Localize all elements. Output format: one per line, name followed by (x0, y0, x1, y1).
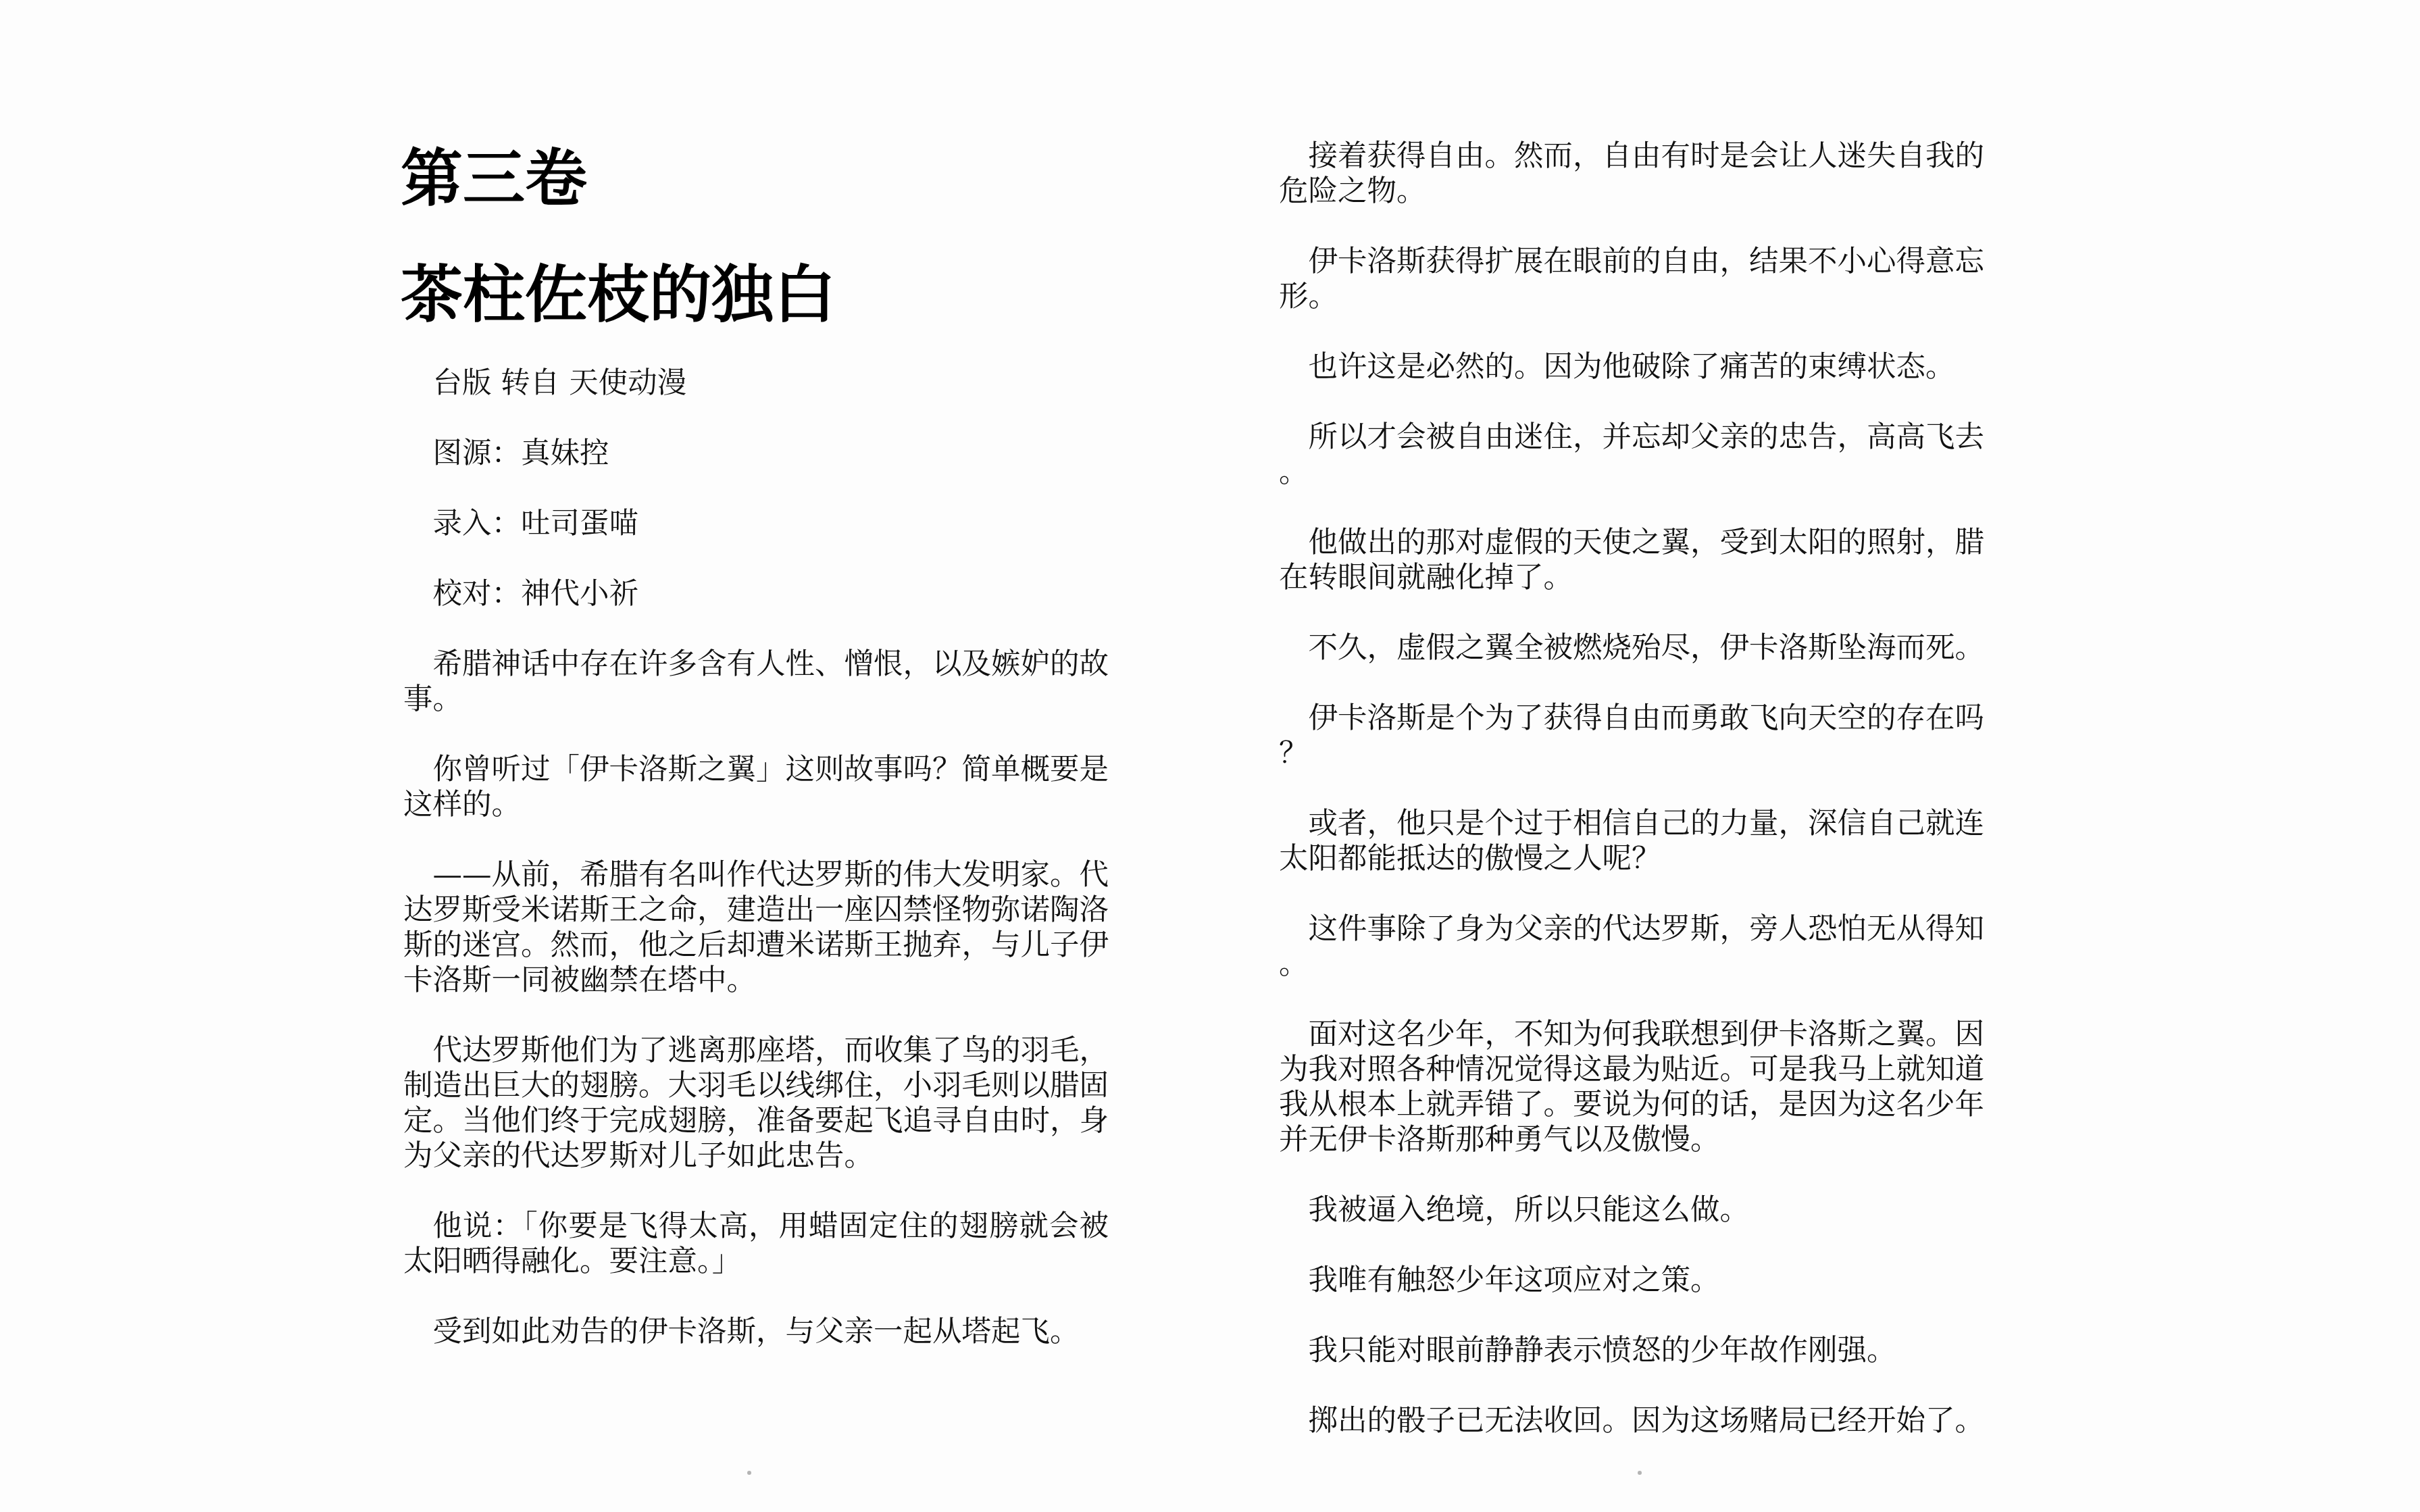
volume-title: 第三卷 (401, 145, 587, 212)
paragraph: 或者，他只是个过于相信自己的力量，深信自己就连太阳都能抵达的傲慢之人呢？ (1279, 806, 1984, 876)
right-page-body: 接着获得自由。然而，自由有时是会让人迷失自我的危险之物。 伊卡洛斯获得扩展在眼前… (1279, 138, 1984, 1473)
paragraph: 我只能对眼前静静表示愤怒的少年故作刚强。 (1279, 1333, 1984, 1368)
paragraph: 接着获得自由。然而，自由有时是会让人迷失自我的危险之物。 (1279, 138, 1984, 209)
right-page: 接着获得自由。然而，自由有时是会让人迷失自我的危险之物。 伊卡洛斯获得扩展在眼前… (1279, 0, 1984, 1512)
paragraph: 他做出的那对虚假的天使之翼，受到太阳的照射，腊在转眼间就融化掉了。 (1279, 525, 1984, 595)
paragraph: 代达罗斯他们为了逃离那座塔，而收集了鸟的羽毛，制造出巨大的翅膀。大羽毛以线绑住，… (403, 1033, 1109, 1174)
paragraph: 也许这是必然的。因为他破除了痛苦的束缚状态。 (1279, 349, 1984, 384)
paragraph: 掷出的骰子已无法收回。因为这场赌局已经开始了。 (1279, 1403, 1984, 1438)
paragraph: 面对这名少年，不知为何我联想到伊卡洛斯之翼。因为我对照各种情况觉得这最为贴近。可… (1279, 1017, 1984, 1157)
paragraph: 不久，虚假之翼全被燃烧殆尽，伊卡洛斯坠海而死。 (1279, 630, 1984, 665)
paragraph: 受到如此劝告的伊卡洛斯，与父亲一起从塔起飞。 (403, 1314, 1109, 1349)
paragraph: 你曾听过「伊卡洛斯之翼」这则故事吗？简单概要是这样的。 (403, 752, 1109, 822)
paragraph: 伊卡洛斯是个为了获得自由而勇敢飞向天空的存在吗？ (1279, 701, 1984, 771)
paragraph: ——从前，希腊有名叫作代达罗斯的伟大发明家。代达罗斯受米诺斯王之命，建造出一座囚… (403, 857, 1109, 998)
page-indicator-dot-left (747, 1471, 751, 1475)
chapter-title: 茶柱佐枝的独白 (401, 261, 836, 328)
credit-typist: 录入：吐司蛋喵 (403, 506, 1109, 541)
paragraph: 这件事除了身为父亲的代达罗斯，旁人恐怕无从得知。 (1279, 911, 1984, 982)
paragraph: 希腊神话中存在许多含有人性、憎恨，以及嫉妒的故事。 (403, 647, 1109, 717)
paragraph: 他说：「你要是飞得太高，用蜡固定住的翅膀就会被太阳晒得融化。要注意。」 (403, 1209, 1109, 1279)
credit-proofreader: 校对：神代小祈 (403, 576, 1109, 611)
left-page-body: 台版 转自 天使动漫 图源：真妹控 录入：吐司蛋喵 校对：神代小祈 希腊神话中存… (403, 366, 1109, 1384)
paragraph: 我唯有触怒少年这项应对之策。 (1279, 1263, 1984, 1298)
paragraph: 伊卡洛斯获得扩展在眼前的自由，结果不小心得意忘形。 (1279, 244, 1984, 314)
paragraph: 所以才会被自由迷住，并忘却父亲的忠告，高高飞去。 (1279, 420, 1984, 490)
page-indicator-dot-right (1638, 1471, 1642, 1475)
left-page: 第三卷 茶柱佐枝的独白 台版 转自 天使动漫 图源：真妹控 录入：吐司蛋喵 校对… (403, 0, 1109, 1512)
credit-image-source: 图源：真妹控 (403, 436, 1109, 471)
credit-source: 台版 转自 天使动漫 (403, 366, 1109, 401)
paragraph: 我被逼入绝境，所以只能这么做。 (1279, 1192, 1984, 1228)
